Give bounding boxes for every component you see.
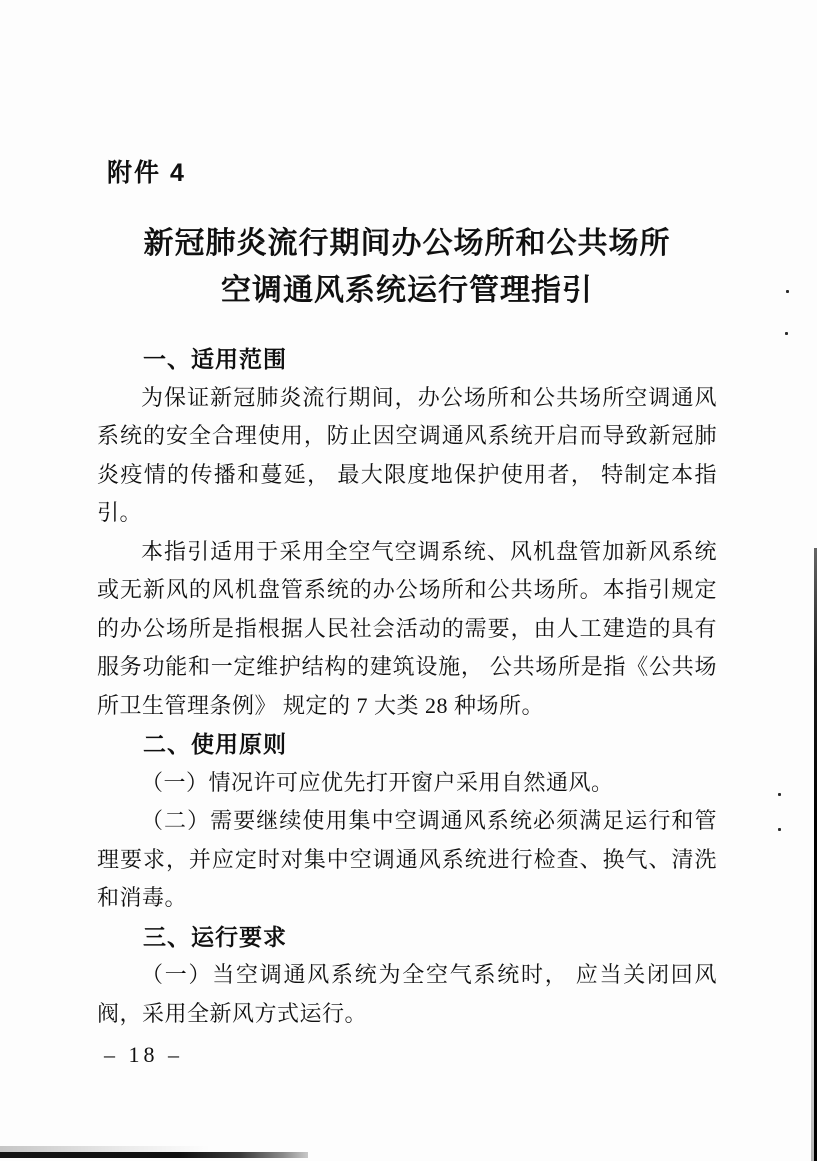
- page-number: – 18 –: [104, 1042, 183, 1068]
- scan-artifact-bottom-edge-line: [0, 1152, 308, 1158]
- section-heading-scope: 一、适用范围: [97, 340, 717, 379]
- document-body: 一、适用范围 为保证新冠肺炎流行期间，办公场所和公共场所空调通风系统的安全合理使…: [97, 340, 717, 1033]
- paragraph: 为保证新冠肺炎流行期间，办公场所和公共场所空调通风系统的安全合理使用，防止因空调…: [97, 379, 717, 533]
- document-title: 新冠肺炎流行期间办公场所和公共场所 空调通风系统运行管理指引: [97, 220, 717, 314]
- document-title-line1: 新冠肺炎流行期间办公场所和公共场所: [97, 220, 717, 267]
- paragraph: （一）当空调通风系统为全空气系统时， 应当关闭回风阀，采用全新风方式运行。: [97, 956, 717, 1033]
- section-heading-operation-requirements: 三、运行要求: [97, 918, 717, 957]
- paragraph: （二）需要继续使用集中空调通风系统必须满足运行和管理要求，并应定时对集中空调通风…: [97, 802, 717, 918]
- scan-artifact-right-edge-shadow: [811, 850, 814, 1161]
- paragraph: 本指引适用于采用全空气空调系统、风机盘管加新风系统或无新风的风机盘管系统的办公场…: [97, 533, 717, 726]
- scan-artifact-speck: [778, 828, 781, 831]
- scan-artifact-speck: [785, 332, 788, 335]
- attachment-label: 附件 4: [107, 153, 186, 189]
- scan-artifact-speck: [778, 793, 781, 796]
- document-title-line2: 空调通风系统运行管理指引: [97, 267, 717, 314]
- document-page: 附件 4 新冠肺炎流行期间办公场所和公共场所 空调通风系统运行管理指引 一、适用…: [0, 0, 817, 1161]
- paragraph: （一）情况许可应优先打开窗户采用自然通风。: [97, 764, 717, 803]
- scan-artifact-speck: [786, 290, 789, 293]
- scan-artifact-bottom-edge-smudge: [0, 1146, 210, 1152]
- section-heading-usage-principles: 二、使用原则: [97, 725, 717, 764]
